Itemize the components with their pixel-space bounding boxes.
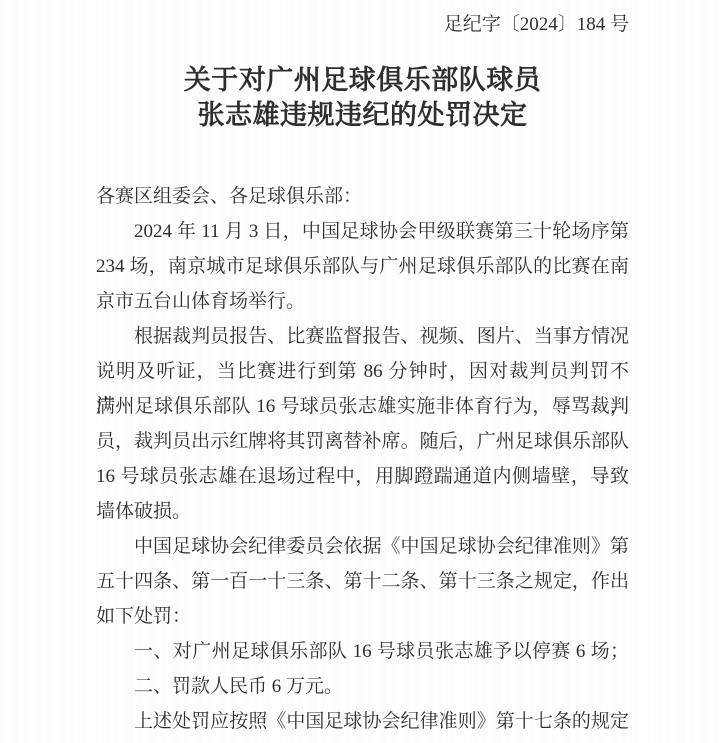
document-title: 关于对广州足球俱乐部队球员 张志雄违规违纪的处罚决定 [96, 63, 629, 133]
document-page: 足纪字〔2024〕184 号 关于对广州足球俱乐部队球员 张志雄违规违纪的处罚决… [0, 0, 720, 743]
document-body: 各赛区组委会、各足球俱乐部： 2024 年 11 月 3 日，中国足球协会甲级联… [96, 179, 629, 739]
body-line-14: 二、罚款人民币 6 万元。 [96, 669, 629, 704]
document-title-line-2: 张志雄违规违纪的处罚决定 [96, 98, 629, 133]
body-line-3: 京市五台山体育场举行。 [96, 284, 629, 319]
salutation: 各赛区组委会、各足球俱乐部： [96, 179, 629, 214]
document-title-line-1: 关于对广州足球俱乐部队球员 [96, 63, 629, 98]
body-line-12: 如下处罚： [96, 599, 629, 634]
body-line-1: 2024 年 11 月 3 日，中国足球协会甲级联赛第三十轮场序第 [96, 214, 629, 249]
scanned-document-screen: 足纪字〔2024〕184 号 关于对广州足球俱乐部队球员 张志雄违规违纪的处罚决… [0, 0, 720, 743]
body-line-11: 五十四条、第一百一十三条、第十二条、第十三条之规定，作出 [96, 564, 629, 599]
body-line-9: 墙体破损。 [96, 494, 629, 529]
document-number: 足纪字〔2024〕184 号 [96, 0, 629, 37]
body-line-15: 上述处罚应按照《中国足球协会纪律准则》第十七条的规定 [96, 704, 629, 739]
body-line-7: 员，裁判员出示红牌将其罚离替补席。随后，广州足球俱乐部队 [96, 424, 629, 459]
body-line-10: 中国足球协会纪律委员会依据《中国足球协会纪律准则》第 [96, 529, 629, 564]
body-line-6: 广州足球俱乐部队 16 号球员张志雄实施非体育行为，辱骂裁判 [96, 389, 629, 424]
body-line-2: 234 场，南京城市足球俱乐部队与广州足球俱乐部队的比赛在南 [96, 249, 629, 284]
body-line-13: 一、对广州足球俱乐部队 16 号球员张志雄予以停赛 6 场； [96, 634, 629, 669]
body-line-5: 说明及听证，当比赛进行到第 86 分钟时，因对裁判员判罚不满， [96, 354, 629, 389]
body-line-4: 根据裁判员报告、比赛监督报告、视频、图片、当事方情况 [96, 319, 629, 354]
body-lines: 2024 年 11 月 3 日，中国足球协会甲级联赛第三十轮场序第234 场，南… [96, 214, 629, 739]
body-line-8: 16 号球员张志雄在退场过程中，用脚蹬踹通道内侧墙壁，导致 [96, 459, 629, 494]
